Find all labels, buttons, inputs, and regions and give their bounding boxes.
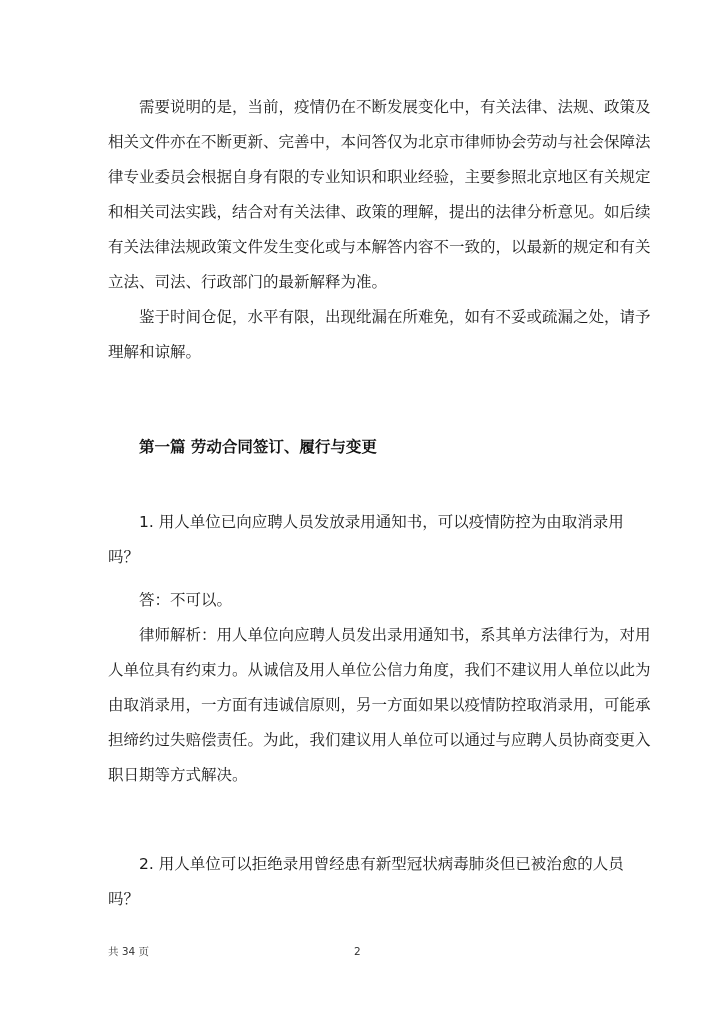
total-pages-label: 共 34 页 [108,944,149,960]
paragraph-line: 需要说明的是，当前，疫情仍在不断发展变化中，有关法律、法规、政策及 [139,95,610,119]
paragraph-line: 理解和谅解。 [108,340,610,364]
paragraph-line: 和相关司法实践，结合对有关法律、政策的理解，提出的法律分析意见。如后续 [108,200,610,224]
question-line: 1. 用人单位已向应聘人员发放录用通知书，可以疫情防控为由取消录用 [139,510,610,534]
page-number: 2 [354,944,361,960]
paragraph-line: 立法、司法、行政部门的最新解释为准。 [108,270,610,294]
paragraph-line: 律专业委员会根据自身有限的专业知识和职业经验，主要参照北京地区有关规定 [108,165,610,189]
answer-line: 答：不可以。 [139,588,610,612]
question-line: 2. 用人单位可以拒绝录用曾经患有新型冠状病毒肺炎但已被治愈的人员 [139,852,610,876]
paragraph-line: 相关文件亦在不断更新、完善中，本问答仅为北京市律师协会劳动与社会保障法 [108,130,610,154]
document-page: 需要说明的是，当前，疫情仍在不断发展变化中，有关法律、法规、政策及 相关文件亦在… [0,0,720,1020]
analysis-line: 担缔约过失赔偿责任。为此，我们建议用人单位可以通过与应聘人员协商变更入 [108,728,610,752]
paragraph-line: 有关法律法规政策文件发生变化或与本解答内容不一致的，以最新的规定和有关 [108,235,610,259]
paragraph-line: 鉴于时间仓促，水平有限，出现纰漏在所难免，如有不妥或疏漏之处，请予 [139,305,610,329]
analysis-line: 律师解析：用人单位向应聘人员发出录用通知书，系其单方法律行为，对用 [139,623,610,647]
question-line: 吗？ [108,545,610,569]
question-line: 吗？ [108,887,610,911]
analysis-line: 人单位具有约束力。从诚信及用人单位公信力角度，我们不建议用人单位以此为 [108,658,610,682]
analysis-line: 职日期等方式解决。 [108,763,610,787]
section-heading: 第一篇 劳动合同签订、履行与变更 [139,435,377,459]
analysis-line: 由取消录用，一方面有违诚信原则，另一方面如果以疫情防控取消录用，可能承 [108,693,610,717]
